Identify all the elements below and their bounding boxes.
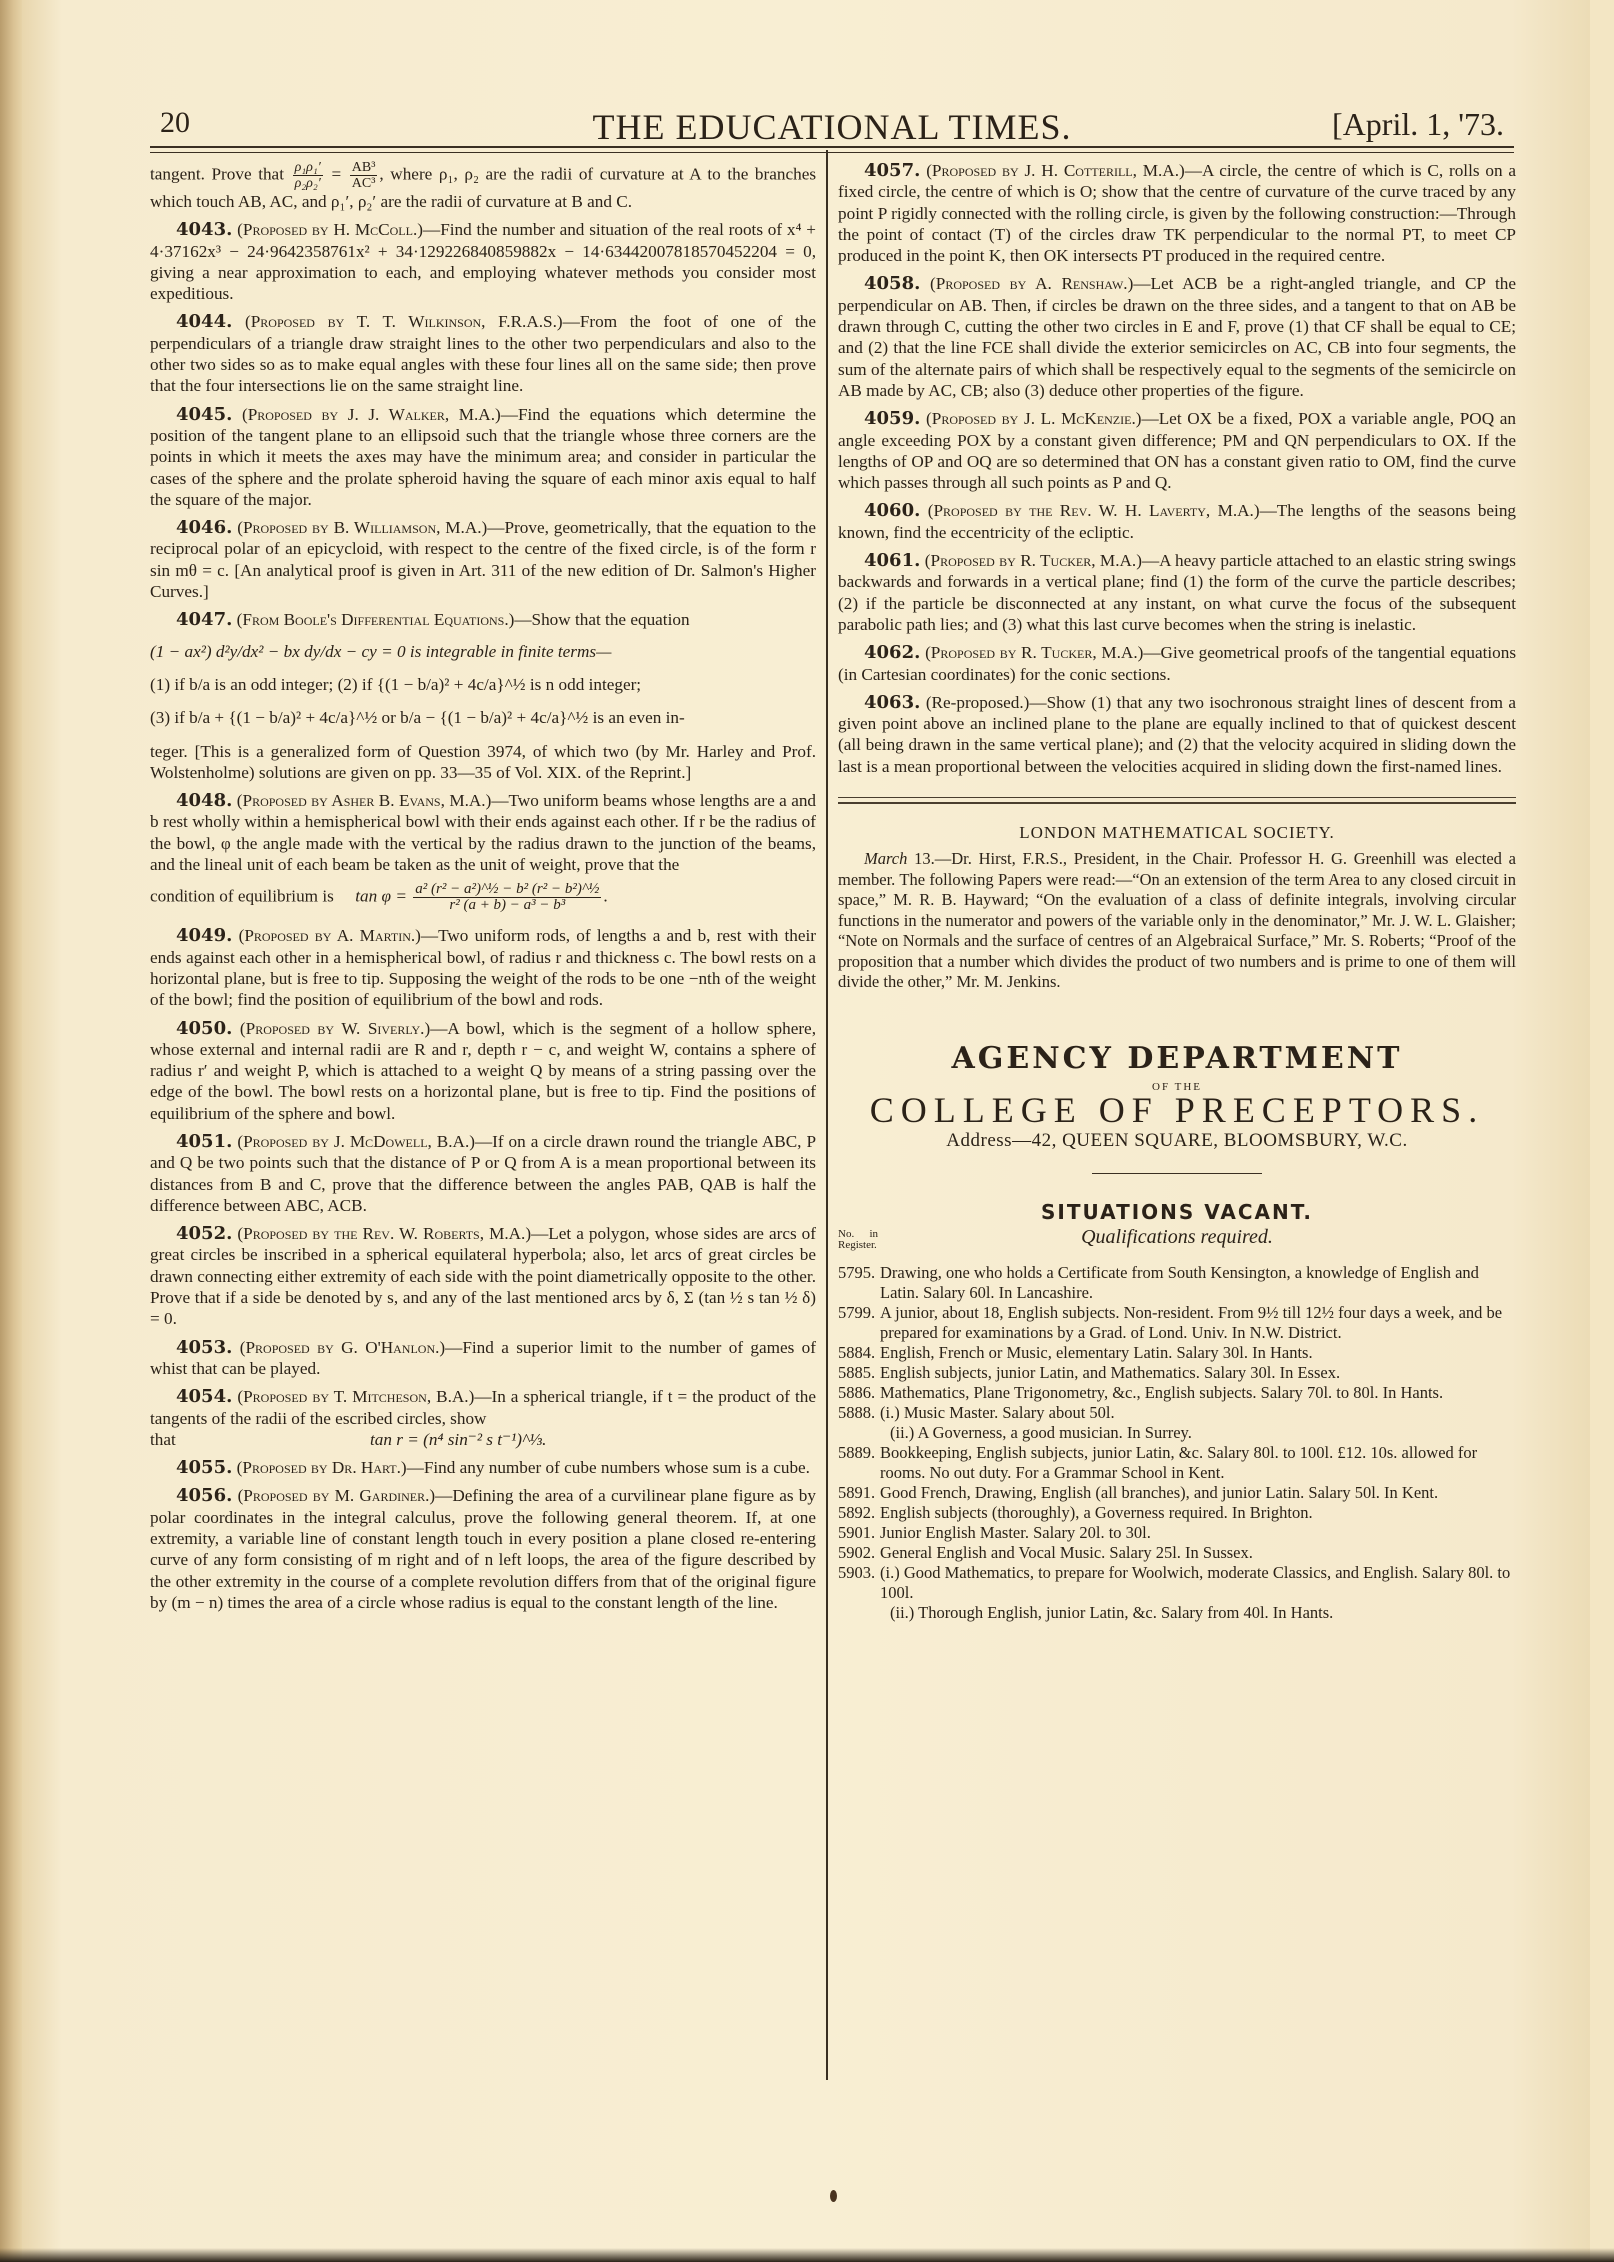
register-label: No. in Register. xyxy=(838,1229,878,1251)
left-column: tangent. Prove that ρ₁ρ₁′ρ₂ρ₂′ = AB³AC³,… xyxy=(150,160,816,1620)
fraction-rho: ρ₁ρ₁′ρ₂ρ₂′ xyxy=(293,160,323,191)
book-binding-edge xyxy=(0,0,22,2262)
page-header: 20 THE EDUCATIONAL TIMES. [April. 1, '73… xyxy=(150,106,1514,146)
situations-subheader: No. in Register. Qualifications required… xyxy=(838,1227,1516,1255)
case-3: (3) if b/a + {(1 − b/a)² + 4c/a}^½ or b/… xyxy=(150,707,816,728)
right-column: 4057. (Proposed by J. H. Cotterill, M.A.… xyxy=(838,160,1516,1623)
situation-item: 5886.Mathematics, Plane Trigonometry, &c… xyxy=(838,1383,1516,1403)
situation-subitem: (ii.) Thorough English, junior Latin, &c… xyxy=(838,1603,1516,1623)
qualifications-label: Qualifications required. xyxy=(838,1227,1516,1248)
situation-item: 5888.(i.) Music Master. Salary about 50l… xyxy=(838,1403,1516,1423)
question-4062: 4062. (Proposed by R. Tucker, M.A.)—Give… xyxy=(838,642,1516,685)
situation-item: 5799.A junior, about 18, English subject… xyxy=(838,1303,1516,1343)
agency-heading: AGENCY DEPARTMENT xyxy=(838,1048,1516,1069)
header-rule xyxy=(150,146,1514,153)
question-4048: 4048. (Proposed by Asher B. Evans, M.A.)… xyxy=(150,790,816,875)
masthead-title: THE EDUCATIONAL TIMES. xyxy=(150,106,1514,148)
question-4046: 4046. (Proposed by B. Williamson, M.A.)—… xyxy=(150,517,816,602)
case-1-2: (1) if b/a is an odd integer; (2) if {(1… xyxy=(150,674,816,695)
equation-4054: that tan r = (n⁴ sin⁻² s t⁻¹)^⅓. xyxy=(150,1429,816,1450)
situation-item: 5885.English subjects, junior Latin, and… xyxy=(838,1363,1516,1383)
situation-item: 5889.Bookkeeping, English subjects, juni… xyxy=(838,1443,1516,1483)
agency-address: Address—42, QUEEN SQUARE, BLOOMSBURY, W.… xyxy=(838,1130,1516,1151)
question-4054: 4054. (Proposed by T. Mitcheson, B.A.)—I… xyxy=(150,1386,816,1429)
society-report: March 13.—Dr. Hirst, F.R.S., President, … xyxy=(838,849,1516,993)
page-edge-shadow xyxy=(0,2248,1614,2262)
column-divider xyxy=(826,150,828,2080)
situation-item: 5902.General English and Vocal Music. Sa… xyxy=(838,1543,1516,1563)
question-4063: 4063. (Re-proposed.)—Show (1) that any t… xyxy=(838,692,1516,777)
question-4061: 4061. (Proposed by R. Tucker, M.A.)—A he… xyxy=(838,550,1516,635)
question-4052: 4052. (Proposed by the Rev. W. Roberts, … xyxy=(150,1223,816,1329)
situation-item: 5884.English, French or Music, elementar… xyxy=(838,1343,1516,1363)
question-4055: 4055. (Proposed by Dr. Hart.)—Find any n… xyxy=(150,1457,816,1478)
question-4045: 4045. (Proposed by J. J. Walker, M.A.)—F… xyxy=(150,404,816,510)
situation-item: 5903.(i.) Good Mathematics, to prepare f… xyxy=(838,1563,1516,1603)
question-4049: 4049. (Proposed by A. Martin.)—Two unifo… xyxy=(150,925,816,1010)
issue-date: [April. 1, '73. xyxy=(1332,106,1504,143)
situation-subitem: (ii.) A Governess, a good musician. In S… xyxy=(838,1423,1516,1443)
question-4043: 4043. (Proposed by H. McColl.)—Find the … xyxy=(150,219,816,304)
ink-spot xyxy=(830,2190,837,2202)
society-heading: LONDON MATHEMATICAL SOCIETY. xyxy=(838,822,1516,843)
question-4059: 4059. (Proposed by J. L. McKenzie.)—Let … xyxy=(838,408,1516,493)
question-4050: 4050. (Proposed by W. Siverly.)—A bowl, … xyxy=(150,1018,816,1124)
question-4056: 4056. (Proposed by M. Gardiner.)—Definin… xyxy=(150,1485,816,1613)
question-4053: 4053. (Proposed by G. O'Hanlon.)—Find a … xyxy=(150,1337,816,1380)
situation-item: 5901.Junior English Master. Salary 20l. … xyxy=(838,1523,1516,1543)
question-4058: 4058. (Proposed by A. Renshaw.)—Let ACB … xyxy=(838,273,1516,401)
condition-equation: condition of equilibrium is tan φ = a² (… xyxy=(150,882,816,913)
note-4047: teger. [This is a generalized form of Qu… xyxy=(150,741,816,784)
situation-item: 5891.Good French, Drawing, English (all … xyxy=(838,1483,1516,1503)
question-4060: 4060. (Proposed by the Rev. W. H. Lavert… xyxy=(838,500,1516,543)
continued-question: tangent. Prove that ρ₁ρ₁′ρ₂ρ₂′ = AB³AC³,… xyxy=(150,160,816,212)
college-heading: COLLEGE OF PRECEPTORS. xyxy=(838,1100,1516,1121)
equation-4047: (1 − ax²) d²y/dx² − bx dy/dx − cy = 0 is… xyxy=(150,641,816,662)
situation-item: 5892.English subjects (thoroughly), a Go… xyxy=(838,1503,1516,1523)
question-4051: 4051. (Proposed by J. McDowell, B.A.)—If… xyxy=(150,1131,816,1216)
question-4047: 4047. (From Boole's Differential Equatio… xyxy=(150,609,816,630)
fraction-ab-ac: AB³AC³ xyxy=(350,160,378,191)
situation-item: 5795.Drawing, one who holds a Certificat… xyxy=(838,1263,1516,1303)
question-4057: 4057. (Proposed by J. H. Cotterill, M.A.… xyxy=(838,160,1516,266)
situations-list: 5795.Drawing, one who holds a Certificat… xyxy=(838,1263,1516,1623)
situations-heading: SITUATIONS VACANT. xyxy=(838,1202,1516,1223)
question-4044: 4044. (Proposed by T. T. Wilkinson, F.R.… xyxy=(150,311,816,396)
ornament-rule xyxy=(1092,1173,1262,1174)
section-rule xyxy=(838,797,1516,804)
